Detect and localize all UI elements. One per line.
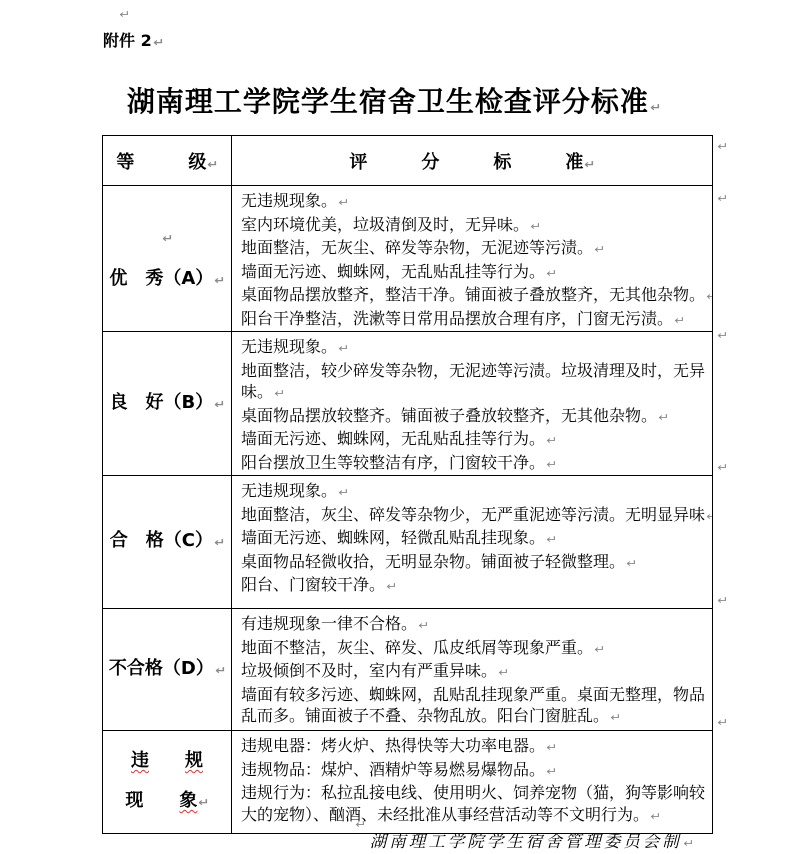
footer-credit-text: 湖南理工学院学生宿舍管理委员会制 (370, 832, 682, 851)
paragraph-mark-icon: ↵ (386, 576, 397, 598)
paragraph-mark-icon: ↵ (274, 383, 285, 405)
criteria-line: 墙面无污迹、蜘蛛网，无乱贴乱挂等行为。↵ (241, 261, 710, 285)
criteria-line: 桌面物品轻微收拾，无明显杂物。铺面被子轻微整理。↵ (241, 551, 710, 575)
header-grade-label: 等 级 (116, 152, 206, 173)
paragraph-mark-icon: ↵ (198, 791, 209, 815)
criteria-text: 违规电器：烤火炉、热得快等大功率电器。 (241, 736, 545, 755)
paragraph-mark-icon: ↵ (119, 8, 130, 21)
criteria-line: 地面整洁，无灰尘、碎发等杂物，无泥迹等污渍。↵ (241, 237, 710, 261)
criteria-line: 桌面物品摆放整齐，整洁干净。铺面被子叠放整齐，无其他杂物。↵ (241, 284, 710, 308)
paragraph-mark-icon: ↵ (626, 553, 637, 575)
paragraph-mark-icon: ↵ (214, 531, 225, 555)
criteria-text: 墙面无污迹、蜘蛛网，无乱贴乱挂等行为。 (241, 429, 545, 448)
grade-label-line: ↵ (104, 225, 230, 251)
grade-label-line: 优 秀（A）↵ (104, 267, 230, 293)
paragraph-mark-icon: ↵ (546, 430, 557, 452)
criteria-line: 乱而多。铺面被子不叠、杂物乱放。阳台门窗脏乱。↵ (241, 705, 710, 729)
paragraph-mark-icon: ↵ (153, 36, 164, 49)
criteria-line: 违规行为：私拉乱接电线、使用明火、饲养宠物（猫，狗等影响较 (241, 782, 710, 804)
criteria-line: 无违规现象。↵ (241, 190, 710, 214)
paragraph-mark-icon: ↵ (338, 482, 349, 504)
criteria-cell: 有违规现象一律不合格。↵地面不整洁，灰尘、碎发、瓜皮纸屑等现象严重。↵垃圾倾倒不… (232, 609, 713, 731)
criteria-line: 阳台摆放卫生等较整洁有序，门窗较干净。↵ (241, 452, 710, 476)
attachment-label: 附件 2↵ (103, 28, 163, 51)
grade-label-text: 规 (185, 750, 203, 771)
criteria-line: 违规电器：烤火炉、热得快等大功率电器。↵ (241, 735, 710, 759)
criteria-line: 阳台、门窗较干净。↵ (241, 574, 710, 598)
grade-cell: ↵优 秀（A）↵ (103, 186, 232, 332)
paragraph-mark-icon: ↵ (610, 707, 621, 729)
paragraph-mark-icon: ↵ (717, 329, 728, 342)
paragraph-mark-icon: ↵ (355, 818, 366, 831)
criteria-text: 有违规现象一律不合格。 (241, 614, 417, 633)
paragraph-mark-icon: ↵ (717, 594, 728, 607)
attachment-label-text: 附件 2 (103, 31, 152, 50)
grade-label-line: 违 规 (104, 749, 230, 773)
paragraph-mark-icon: ↵ (498, 662, 509, 684)
grade-cell: 不合格（D）↵ (103, 609, 232, 731)
paragraph-mark-icon: ↵ (338, 338, 349, 360)
grade-label-line: 良 好（B）↵ (104, 391, 230, 417)
paragraph-mark-icon: ↵ (546, 529, 557, 551)
table-header-row: 等 级↵ 评 分 标 准↵ (103, 136, 713, 186)
criteria-line: 垃圾倾倒不及时，室内有严重异味。↵ (241, 660, 710, 684)
criteria-text: 地面不整洁，灰尘、碎发、瓜皮纸屑等现象严重。 (241, 638, 593, 657)
table-row: 违 规现 象↵违规电器：烤火炉、热得快等大功率电器。↵违规物品：煤炉、酒精炉等易… (103, 731, 713, 834)
grade-cell: 合 格（C）↵ (103, 476, 232, 609)
criteria-text: 桌面物品摆放整齐，整洁干净。铺面被子叠放整齐，无其他杂物。 (241, 285, 705, 304)
criteria-text: 大的宠物）、酗酒、未经批准从事经营活动等不文明行为。 (241, 805, 649, 824)
criteria-line: 桌面物品摆放较整齐。铺面被子叠放较整齐，无其他杂物。↵ (241, 405, 710, 429)
paragraph-mark-icon: ↵ (683, 837, 694, 850)
table-row: 良 好（B）↵无违规现象。↵地面整洁，较少碎发等杂物，无泥迹等污渍。垃圾清理及时… (103, 332, 713, 476)
criteria-text: 地面整洁，较少碎发等杂物，无泥迹等污渍。垃圾清理及时，无异 (241, 361, 705, 380)
grade-label-text: 良 好（B） (110, 392, 214, 413)
paragraph-mark-icon: ↵ (338, 192, 349, 214)
criteria-line: 室内环境优美，垃圾清倒及时，无异味。↵ (241, 214, 710, 238)
criteria-text: 味。 (241, 382, 273, 401)
paragraph-mark-icon: ↵ (717, 716, 728, 729)
criteria-text: 违规行为：私拉乱接电线、使用明火、饲养宠物（猫，狗等影响较 (241, 783, 705, 802)
page-title: 湖南理工学院学生宿舍卫生检查评分标准↵ (0, 80, 787, 120)
criteria-text: 桌面物品轻微收拾，无明显杂物。铺面被子轻微整理。 (241, 552, 625, 571)
paragraph-mark-icon: ↵ (584, 158, 595, 171)
paragraph-mark-icon: ↵ (546, 761, 557, 783)
criteria-cell: 无违规现象。↵室内环境优美，垃圾清倒及时，无异味。↵地面整洁，无灰尘、碎发等杂物… (232, 186, 713, 332)
grade-label-line: 现 象↵ (104, 789, 230, 815)
paragraph-mark-icon: ↵ (418, 615, 429, 637)
criteria-text: 阳台摆放卫生等较整洁有序，门窗较干净。 (241, 453, 545, 472)
grade-label-text: 现 (125, 790, 143, 811)
paragraph-mark-icon: ↵ (594, 639, 605, 661)
paragraph-mark-icon: ↵ (215, 659, 226, 683)
paragraph-mark-icon: ↵ (546, 454, 557, 476)
criteria-line: 无违规现象。↵ (241, 480, 710, 504)
criteria-text: 阳台、门窗较干净。 (241, 575, 385, 594)
grade-label-text: 不合格（D） (109, 658, 214, 679)
scoring-standards-table: 等 级↵ 评 分 标 准↵ ↵优 秀（A）↵无违规现象。↵室内环境优美，垃圾清倒… (102, 135, 713, 834)
criteria-text: 地面整洁，灰尘、碎发等杂物少，无严重泥迹等污渍。无明显异味 (241, 505, 705, 524)
criteria-text: 阳台干净整洁，洗漱等日常用品摆放合理有序，门窗无污渍。 (241, 309, 673, 328)
criteria-text: 无违规现象。 (241, 337, 337, 356)
grade-cell: 违 规现 象↵ (103, 731, 232, 834)
criteria-line: 违规物品：煤炉、酒精炉等易燃易爆物品。↵ (241, 759, 710, 783)
criteria-cell: 无违规现象。↵地面整洁，灰尘、碎发等杂物少，无严重泥迹等污渍。无明显异味↵墙面无… (232, 476, 713, 609)
paragraph-mark-icon: ↵ (706, 506, 712, 528)
paragraph-mark-icon: ↵ (546, 263, 557, 285)
grade-label-text: 合 格（C） (110, 530, 213, 551)
table-row: ↵优 秀（A）↵无违规现象。↵室内环境优美，垃圾清倒及时，无异味。↵地面整洁，无… (103, 186, 713, 332)
paragraph-mark-icon: ↵ (650, 101, 661, 114)
criteria-line: 味。↵ (241, 381, 710, 405)
criteria-text: 无违规现象。 (241, 191, 337, 210)
grade-label-text: 违 (131, 750, 149, 771)
criteria-cell: 无违规现象。↵地面整洁，较少碎发等杂物，无泥迹等污渍。垃圾清理及时，无异味。↵桌… (232, 332, 713, 476)
grade-label-line: 合 格（C）↵ (104, 529, 230, 555)
grade-label-text: 象 (179, 790, 197, 811)
criteria-line: 墙面有较多污迹、蜘蛛网，乱贴乱挂现象严重。桌面无整理，物品 (241, 684, 710, 706)
paragraph-mark-icon: ↵ (717, 461, 728, 474)
header-criteria-cell: 评 分 标 准↵ (232, 136, 713, 186)
footer-credit: 湖南理工学院学生宿舍管理委员会制↵ (370, 828, 693, 852)
paragraph-mark-icon: ↵ (650, 806, 661, 828)
grade-label-text (143, 790, 179, 811)
criteria-line: 阳台干净整洁，洗漱等日常用品摆放合理有序，门窗无污渍。↵ (241, 308, 710, 332)
criteria-line: 墙面无污迹、蜘蛛网，轻微乱贴乱挂现象。↵ (241, 527, 710, 551)
criteria-line: 地面整洁，灰尘、碎发等杂物少，无严重泥迹等污渍。无明显异味↵ (241, 504, 710, 528)
criteria-line: 地面不整洁，灰尘、碎发、瓜皮纸屑等现象严重。↵ (241, 637, 710, 661)
criteria-line: 墙面无污迹、蜘蛛网，无乱贴乱挂等行为。↵ (241, 428, 710, 452)
criteria-cell: 违规电器：烤火炉、热得快等大功率电器。↵违规物品：煤炉、酒精炉等易燃易爆物品。↵… (232, 731, 713, 834)
paragraph-mark-icon: ↵ (717, 192, 728, 205)
page-title-text: 湖南理工学院学生宿舍卫生检查评分标准 (127, 85, 649, 118)
paragraph-mark-icon: ↵ (207, 158, 218, 171)
document-page: ↵ 附件 2↵ 湖南理工学院学生宿舍卫生检查评分标准↵ 等 级↵ 评 分 标 准… (0, 0, 787, 854)
criteria-line: 无违规现象。↵ (241, 336, 710, 360)
criteria-text: 垃圾倾倒不及时，室内有严重异味。 (241, 661, 497, 680)
grade-cell: 良 好（B）↵ (103, 332, 232, 476)
criteria-text: 地面整洁，无灰尘、碎发等杂物，无泥迹等污渍。 (241, 238, 593, 257)
paragraph-mark-icon: ↵ (674, 310, 685, 332)
paragraph-mark-icon: ↵ (214, 393, 225, 417)
criteria-line: 地面整洁，较少碎发等杂物，无泥迹等污渍。垃圾清理及时，无异 (241, 360, 710, 382)
table-row: 合 格（C）↵无违规现象。↵地面整洁，灰尘、碎发等杂物少，无严重泥迹等污渍。无明… (103, 476, 713, 609)
criteria-text: 违规物品：煤炉、酒精炉等易燃易爆物品。 (241, 760, 545, 779)
table-row: 不合格（D）↵有违规现象一律不合格。↵地面不整洁，灰尘、碎发、瓜皮纸屑等现象严重… (103, 609, 713, 731)
paragraph-mark-icon: ↵ (717, 140, 728, 153)
grade-label-text: 优 秀（A） (109, 268, 213, 289)
paragraph-mark-icon: ↵ (594, 239, 605, 261)
criteria-text: 墙面无污迹、蜘蛛网，无乱贴乱挂等行为。 (241, 262, 545, 281)
criteria-text: 无违规现象。 (241, 481, 337, 500)
criteria-line: 有违规现象一律不合格。↵ (241, 613, 710, 637)
paragraph-mark-icon: ↵ (658, 407, 669, 429)
criteria-text: 墙面有较多污迹、蜘蛛网，乱贴乱挂现象严重。桌面无整理，物品 (241, 685, 705, 704)
criteria-text: 室内环境优美，垃圾清倒及时，无异味。 (241, 215, 529, 234)
paragraph-mark-icon: ↵ (162, 227, 173, 251)
header-grade-cell: 等 级↵ (103, 136, 232, 186)
grade-label-line: 不合格（D）↵ (104, 657, 230, 683)
header-criteria-label: 评 分 标 准 (349, 152, 583, 173)
criteria-text: 墙面无污迹、蜘蛛网，轻微乱贴乱挂现象。 (241, 528, 545, 547)
paragraph-mark-icon: ↵ (530, 216, 541, 238)
criteria-text: 桌面物品摆放较整齐。铺面被子叠放较整齐，无其他杂物。 (241, 406, 657, 425)
criteria-line: 大的宠物）、酗酒、未经批准从事经营活动等不文明行为。↵ (241, 804, 710, 828)
grade-label-text (149, 750, 185, 771)
criteria-text: 乱而多。铺面被子不叠、杂物乱放。阳台门窗脏乱。 (241, 706, 609, 725)
paragraph-mark-icon: ↵ (546, 737, 557, 759)
paragraph-mark-icon: ↵ (214, 269, 225, 293)
paragraph-mark-icon: ↵ (706, 286, 712, 308)
